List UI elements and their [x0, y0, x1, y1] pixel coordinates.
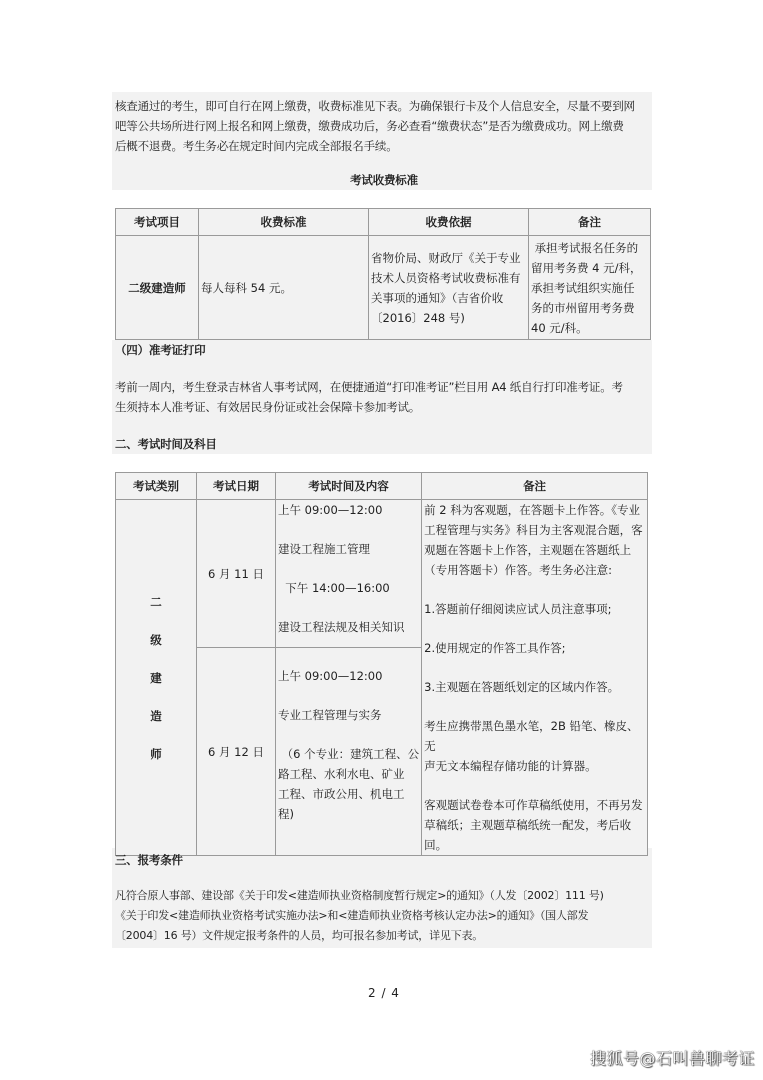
schedule-table: 考试类别 考试日期 考试时间及内容 备注 二 级 建 造 师 6 月 11 日 … [115, 472, 648, 856]
note-line [424, 776, 645, 795]
content-line: 上午 09:00—12:00 [278, 666, 419, 686]
fee-basis-cell: 省物价局、财政厅《关于专业 技术人员资格考试收费标准有 关事项的通知》（吉省价收… [369, 236, 529, 340]
category-char: 师 [118, 735, 194, 773]
section3-heading: 三、报考条件 [115, 850, 653, 870]
exam-content-cell: 上午 09:00—12:00 建设工程施工管理 下午 14:00—16:00 建… [276, 500, 422, 648]
admission-paragraph: 考前一周内，考生登录吉林省人事考试网，在便捷通道“打印准考证”栏目用 A4 纸自… [115, 377, 653, 417]
content-line: 建设工程法规及相关知识 [278, 617, 419, 637]
exam-date-cell: 6 月 11 日 [197, 500, 276, 648]
note-line: 40 元/科。 [531, 318, 648, 338]
content-line [278, 559, 419, 578]
fee-table: 考试项目 收费标准 收费依据 备注 二级建造师 每人每科 54 元。 省物价局、… [115, 208, 651, 340]
fee-table-header-row: 考试项目 收费标准 收费依据 备注 [116, 209, 651, 236]
basis-line: 〔2016〕248 号) [371, 308, 526, 328]
exam-content-cell: 上午 09:00—12:00 专业工程管理与实务 （6 个专业：建筑工程、公 路… [276, 648, 422, 856]
content-line: 上午 09:00—12:00 [278, 500, 419, 520]
admission-heading: （四）准考证打印 [115, 340, 653, 360]
admission-line: 考前一周内，考生登录吉林省人事考试网，在便捷通道“打印准考证”栏目用 A4 纸自… [115, 377, 653, 397]
note-line [424, 580, 645, 599]
basis-line: 关事项的通知》（吉省价收 [371, 288, 526, 308]
conditions-line: 凡符合原人事部、建设部《关于印发<建造师执业资格制度暂行规定>的通知》（人发〔2… [115, 886, 653, 906]
note-line: 声无文本编程存储功能的计算器。 [424, 756, 645, 776]
note-line [424, 697, 645, 716]
note-line: 承担考试组织实施任 [531, 278, 648, 298]
content-line: 专业工程管理与实务 [278, 705, 419, 725]
content-line: 建设工程施工管理 [278, 539, 419, 559]
note-line: 留用考务费 4 元/科， [531, 258, 648, 278]
header-exam-category: 考试类别 [116, 473, 197, 500]
header-fee-standard: 收费标准 [199, 209, 369, 236]
note-line: 承担考试报名任务的 [531, 238, 648, 258]
content-line: 路工程、水利水电、矿业 [278, 764, 419, 784]
intro-line: 吧等公共场所进行网上报名和网上缴费，缴费成功后，务必查看“缴费状态”是否为缴费成… [115, 116, 653, 136]
note-line: 观题在答题卡上作答，主观题在答题纸上 [424, 540, 645, 560]
page-indicator: 2 / 4 [368, 986, 400, 1000]
header-exam-date: 考试日期 [197, 473, 276, 500]
table-row: 二 级 建 造 师 6 月 11 日 上午 09:00—12:00 建设工程施工… [116, 500, 648, 648]
section2-heading: 二、考试时间及科目 [115, 434, 653, 454]
note-line [424, 658, 645, 677]
schedule-header-row: 考试类别 考试日期 考试时间及内容 备注 [116, 473, 648, 500]
exam-date-cell: 6 月 12 日 [197, 648, 276, 856]
schedule-remarks-cell: 前 2 科为客观题，在答题卡上作答。《专业 工程管理与实务》科目为主客观混合题，… [422, 500, 648, 856]
header-exam-time-content: 考试时间及内容 [276, 473, 422, 500]
note-line: 1.答题前仔细阅读应试人员注意事项; [424, 599, 645, 619]
intro-paragraph: 核查通过的考生，即可自行在网上缴费，收费标准见下表。为确保银行卡及个人信息安全，… [115, 96, 653, 156]
intro-line: 后概不退费。考生务必在规定时间内完成全部报名手续。 [115, 136, 653, 156]
category-char: 造 [118, 697, 194, 735]
intro-line: 核查通过的考生，即可自行在网上缴费，收费标准见下表。为确保银行卡及个人信息安全，… [115, 96, 653, 116]
conditions-line: 〔2004〕16 号）文件规定报考条件的人员，均可报名参加考试，详见下表。 [115, 926, 653, 946]
note-line [424, 619, 645, 638]
note-line: 考生应携带黑色墨水笔，2B 铅笔、橡皮、无 [424, 716, 645, 756]
fee-table-title: 考试收费标准 [115, 170, 653, 190]
conditions-line: 《关于印发<建造师执业资格考试实施办法>和<建造师执业资格考核认定办法>的通知》… [115, 906, 653, 926]
watermark: 搜狐号@石叫兽聊考证 [590, 1046, 755, 1069]
category-char: 二 [118, 583, 194, 621]
content-line: 下午 14:00—16:00 [278, 578, 419, 598]
exam-item-cell: 二级建造师 [116, 236, 199, 340]
note-line: 2.使用规定的作答工具作答; [424, 638, 645, 658]
note-line: 草稿纸；主观题草稿纸统一配发，考后收 [424, 815, 645, 835]
note-line: 务的市州留用考务费 [531, 298, 648, 318]
header-schedule-remarks: 备注 [422, 473, 648, 500]
note-line: 客观题试卷卷本可作草稿纸使用，不再另发 [424, 795, 645, 815]
content-line: （6 个专业：建筑工程、公 [278, 744, 419, 764]
content-line [278, 725, 419, 744]
admission-line: 生须持本人准考证、有效居民身份证或社会保障卡参加考试。 [115, 397, 653, 417]
content-line: 工程、市政公用、机电工 [278, 784, 419, 804]
note-line: 3.主观题在答题纸划定的区域内作答。 [424, 677, 645, 697]
note-line: 工程管理与实务》科目为主客观混合题，客 [424, 520, 645, 540]
content-line [278, 686, 419, 705]
note-line: 前 2 科为客观题，在答题卡上作答。《专业 [424, 500, 645, 520]
basis-line: 省物价局、财政厅《关于专业 [371, 248, 526, 268]
content-line [278, 598, 419, 617]
content-line: 程) [278, 804, 419, 824]
category-char: 建 [118, 659, 194, 697]
header-exam-item: 考试项目 [116, 209, 199, 236]
basis-line: 技术人员资格考试收费标准有 [371, 268, 526, 288]
note-line: （专用答题卡）作答。考生务必注意: [424, 560, 645, 580]
content-line [278, 520, 419, 539]
table-row: 二级建造师 每人每科 54 元。 省物价局、财政厅《关于专业 技术人员资格考试收… [116, 236, 651, 340]
header-fee-basis: 收费依据 [369, 209, 529, 236]
exam-category-cell: 二 级 建 造 师 [116, 500, 197, 856]
category-char: 级 [118, 621, 194, 659]
conditions-paragraph: 凡符合原人事部、建设部《关于印发<建造师执业资格制度暂行规定>的通知》（人发〔2… [115, 886, 653, 946]
fee-remarks-cell: 承担考试报名任务的 留用考务费 4 元/科， 承担考试组织实施任 务的市州留用考… [529, 236, 651, 340]
fee-standard-cell: 每人每科 54 元。 [199, 236, 369, 340]
header-remarks: 备注 [529, 209, 651, 236]
